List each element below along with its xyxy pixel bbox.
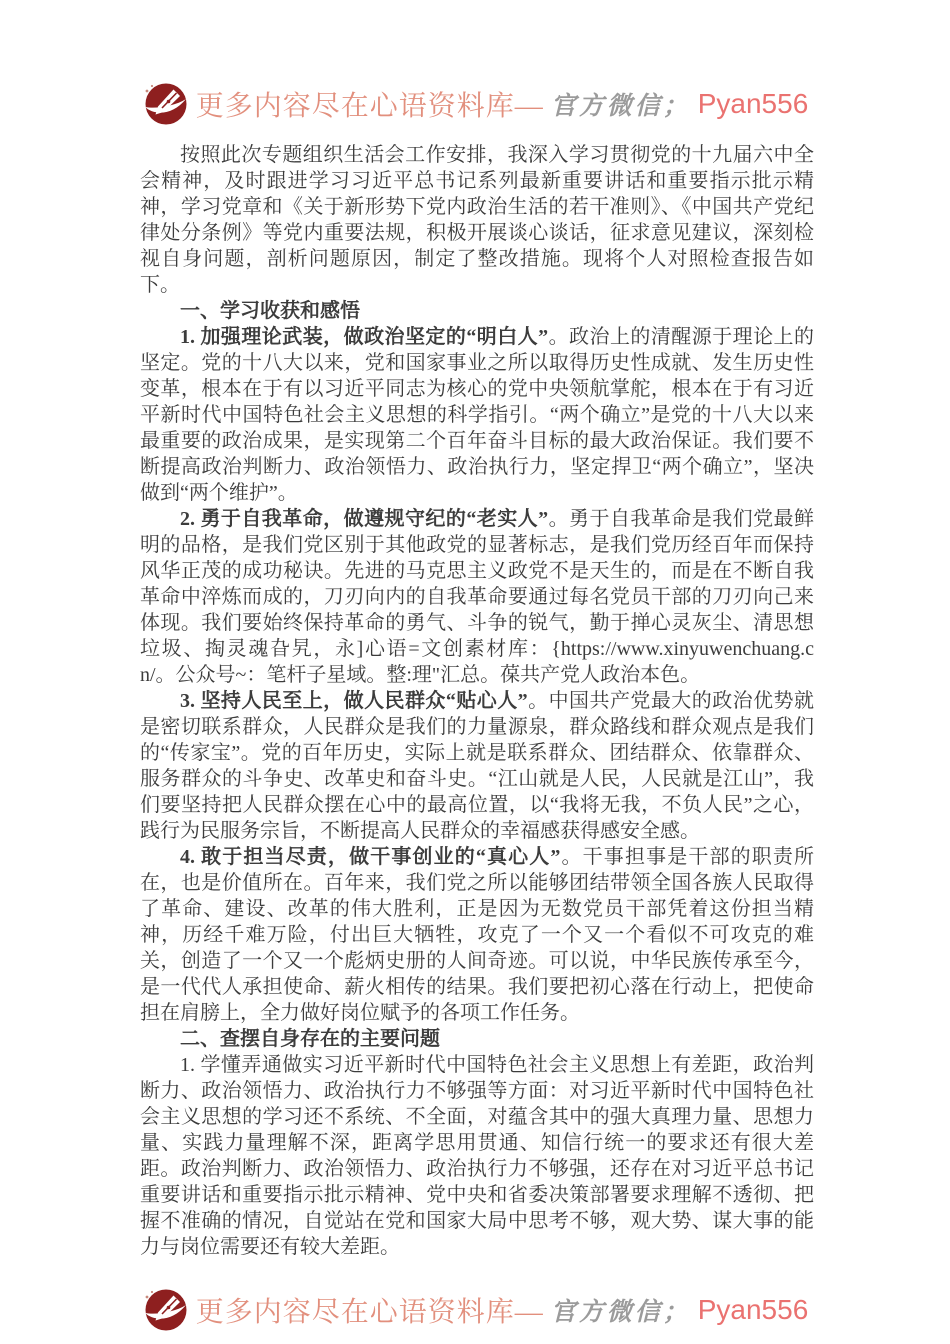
intro-paragraph: 按照此次专题组织生活会工作安排，我深入学习贯彻党的十九届六中全会精神，及时跟进学… <box>140 142 814 298</box>
item2-lead: 2. 勇于自我革命，做遵规守纪的“老实人” <box>180 508 548 530</box>
wechat-label: 官方微信； <box>551 1292 691 1328</box>
paragraph-item-3: 3. 坚持人民至上，做人民群众“贴心人”。中国共产党最大的政治优势就是密切联系群… <box>140 688 814 844</box>
document-page: 更多内容尽在心语资料库— 官方微信； Pyan556 按照此次专题组织生活会工作… <box>0 0 950 1344</box>
section1-heading: 一、学习收获和感悟 <box>140 298 814 324</box>
item1-body: 。政治上的清醒源于理论上的坚定。党的十八大以来，党和国家事业之所以取得历史性成就… <box>140 326 814 504</box>
watermark-banner-top: 更多内容尽在心语资料库— 官方微信； Pyan556 <box>0 0 950 127</box>
brand-text: 更多内容尽在心语资料库— <box>196 84 544 124</box>
pen-circle-logo-icon <box>142 80 189 127</box>
wechat-id: Pyan556 <box>698 1294 809 1326</box>
item4-body: 。干事担事是干部的职责所在，也是价值所在。百年来，我们党之所以能够团结带领全国各… <box>140 846 814 1024</box>
paragraph-item-5: 1. 学懂弄通做实习近平新时代中国特色社会主义思想上有差距，政治判断力、政治领悟… <box>140 1052 814 1260</box>
item1-lead: 1. 加强理论武装，做政治坚定的“明白人” <box>180 326 548 348</box>
watermark-banner-bottom: 更多内容尽在心语资料库— 官方微信； Pyan556 <box>0 1286 950 1333</box>
document-content: 按照此次专题组织生活会工作安排，我深入学习贯彻党的十九届六中全会精神，及时跟进学… <box>140 142 814 1260</box>
item3-lead: 3. 坚持人民至上，做人民群众“贴心人” <box>180 690 528 712</box>
paragraph-item-1: 1. 加强理论武装，做政治坚定的“明白人”。政治上的清醒源于理论上的坚定。党的十… <box>140 324 814 506</box>
item5-body: 1. 学懂弄通做实习近平新时代中国特色社会主义思想上有差距，政治判断力、政治领悟… <box>140 1054 814 1258</box>
pen-circle-logo-icon <box>142 1286 189 1333</box>
item4-lead: 4. 敢于担当尽责，做干事创业的“真心人” <box>180 846 560 868</box>
wechat-id: Pyan556 <box>698 88 809 120</box>
section2-heading: 二、查摆自身存在的主要问题 <box>140 1026 814 1052</box>
brand-text: 更多内容尽在心语资料库— <box>196 1290 544 1330</box>
paragraph-item-4: 4. 敢于担当尽责，做干事创业的“真心人”。干事担事是干部的职责所在，也是价值所… <box>140 844 814 1026</box>
item3-body: 。中国共产党最大的政治优势就是密切联系群众，人民群众是我们的力量源泉，群众路线和… <box>140 690 814 842</box>
paragraph-item-2: 2. 勇于自我革命，做遵规守纪的“老实人”。勇于自我革命是我们党最鲜明的品格，是… <box>140 506 814 688</box>
item2-body: 。勇于自我革命是我们党最鲜明的品格，是我们党区别于其他政党的显著标志，是我们党历… <box>140 508 814 686</box>
wechat-label: 官方微信； <box>551 86 691 122</box>
